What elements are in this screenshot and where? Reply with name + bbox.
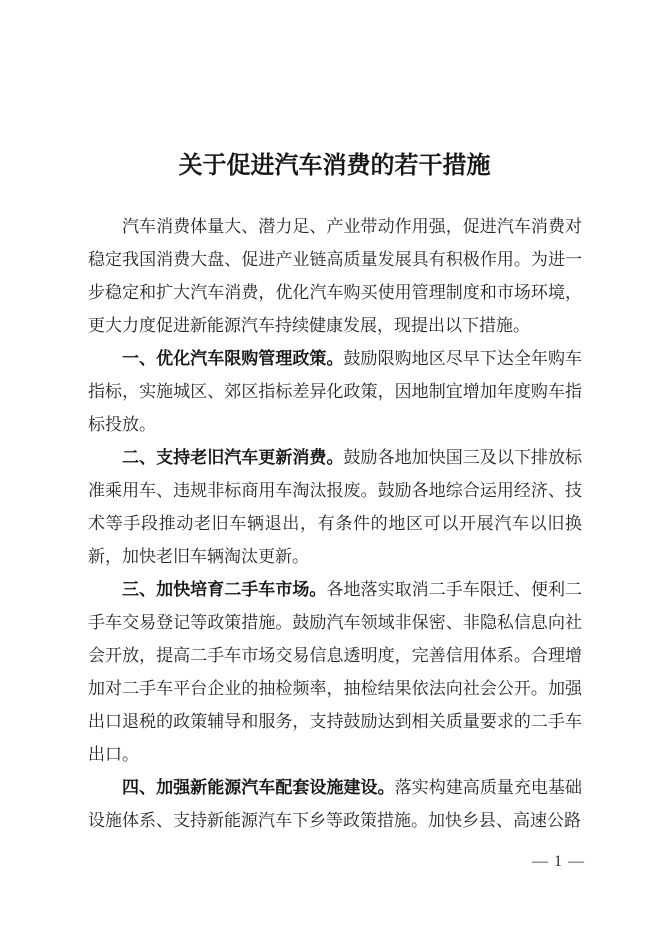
document-title: 关于促进汽车消费的若干措施 [0, 146, 669, 186]
page-number: — 1 — [532, 849, 585, 875]
paragraph-intro: 汽车消费体量大、潜力足、产业带动作用强，促进汽车消费对稳定我国消费大盘、促进产业… [88, 210, 582, 342]
paragraph-section-4: 四、加强新能源汽车配套设施建设。落实构建高质量充电基础设施体系、支持新能源汽车下… [88, 771, 582, 837]
section-3-text: 各地落实取消二手车限迁、便利二手车交易登记等政策措施。鼓励汽车领域非保密、非隐私… [88, 580, 582, 764]
paragraph-section-1: 一、优化汽车限购管理政策。鼓励限购地区尽早下达全年购车指标，实施城区、郊区指标差… [88, 342, 582, 441]
paragraph-section-2: 二、支持老旧汽车更新消费。鼓励各地加快国三及以下排放标准乘用车、违规非标商用车淘… [88, 441, 582, 573]
section-3-heading: 三、加快培育二手车市场。 [122, 580, 326, 599]
paragraph-section-3: 三、加快培育二手车市场。各地落实取消二手车限迁、便利二手车交易登记等政策措施。鼓… [88, 573, 582, 771]
section-4-heading: 四、加强新能源汽车配套设施建设。 [122, 778, 395, 797]
section-2-heading: 二、支持老旧汽车更新消费。 [122, 448, 344, 467]
document-page: 关于促进汽车消费的若干措施 汽车消费体量大、潜力足、产业带动作用强，促进汽车消费… [0, 0, 669, 946]
section-1-heading: 一、优化汽车限购管理政策。 [122, 349, 344, 368]
document-body: 汽车消费体量大、潜力足、产业带动作用强，促进汽车消费对稳定我国消费大盘、促进产业… [88, 210, 582, 837]
paragraph-intro-text: 汽车消费体量大、潜力足、产业带动作用强，促进汽车消费对稳定我国消费大盘、促进产业… [88, 217, 582, 335]
